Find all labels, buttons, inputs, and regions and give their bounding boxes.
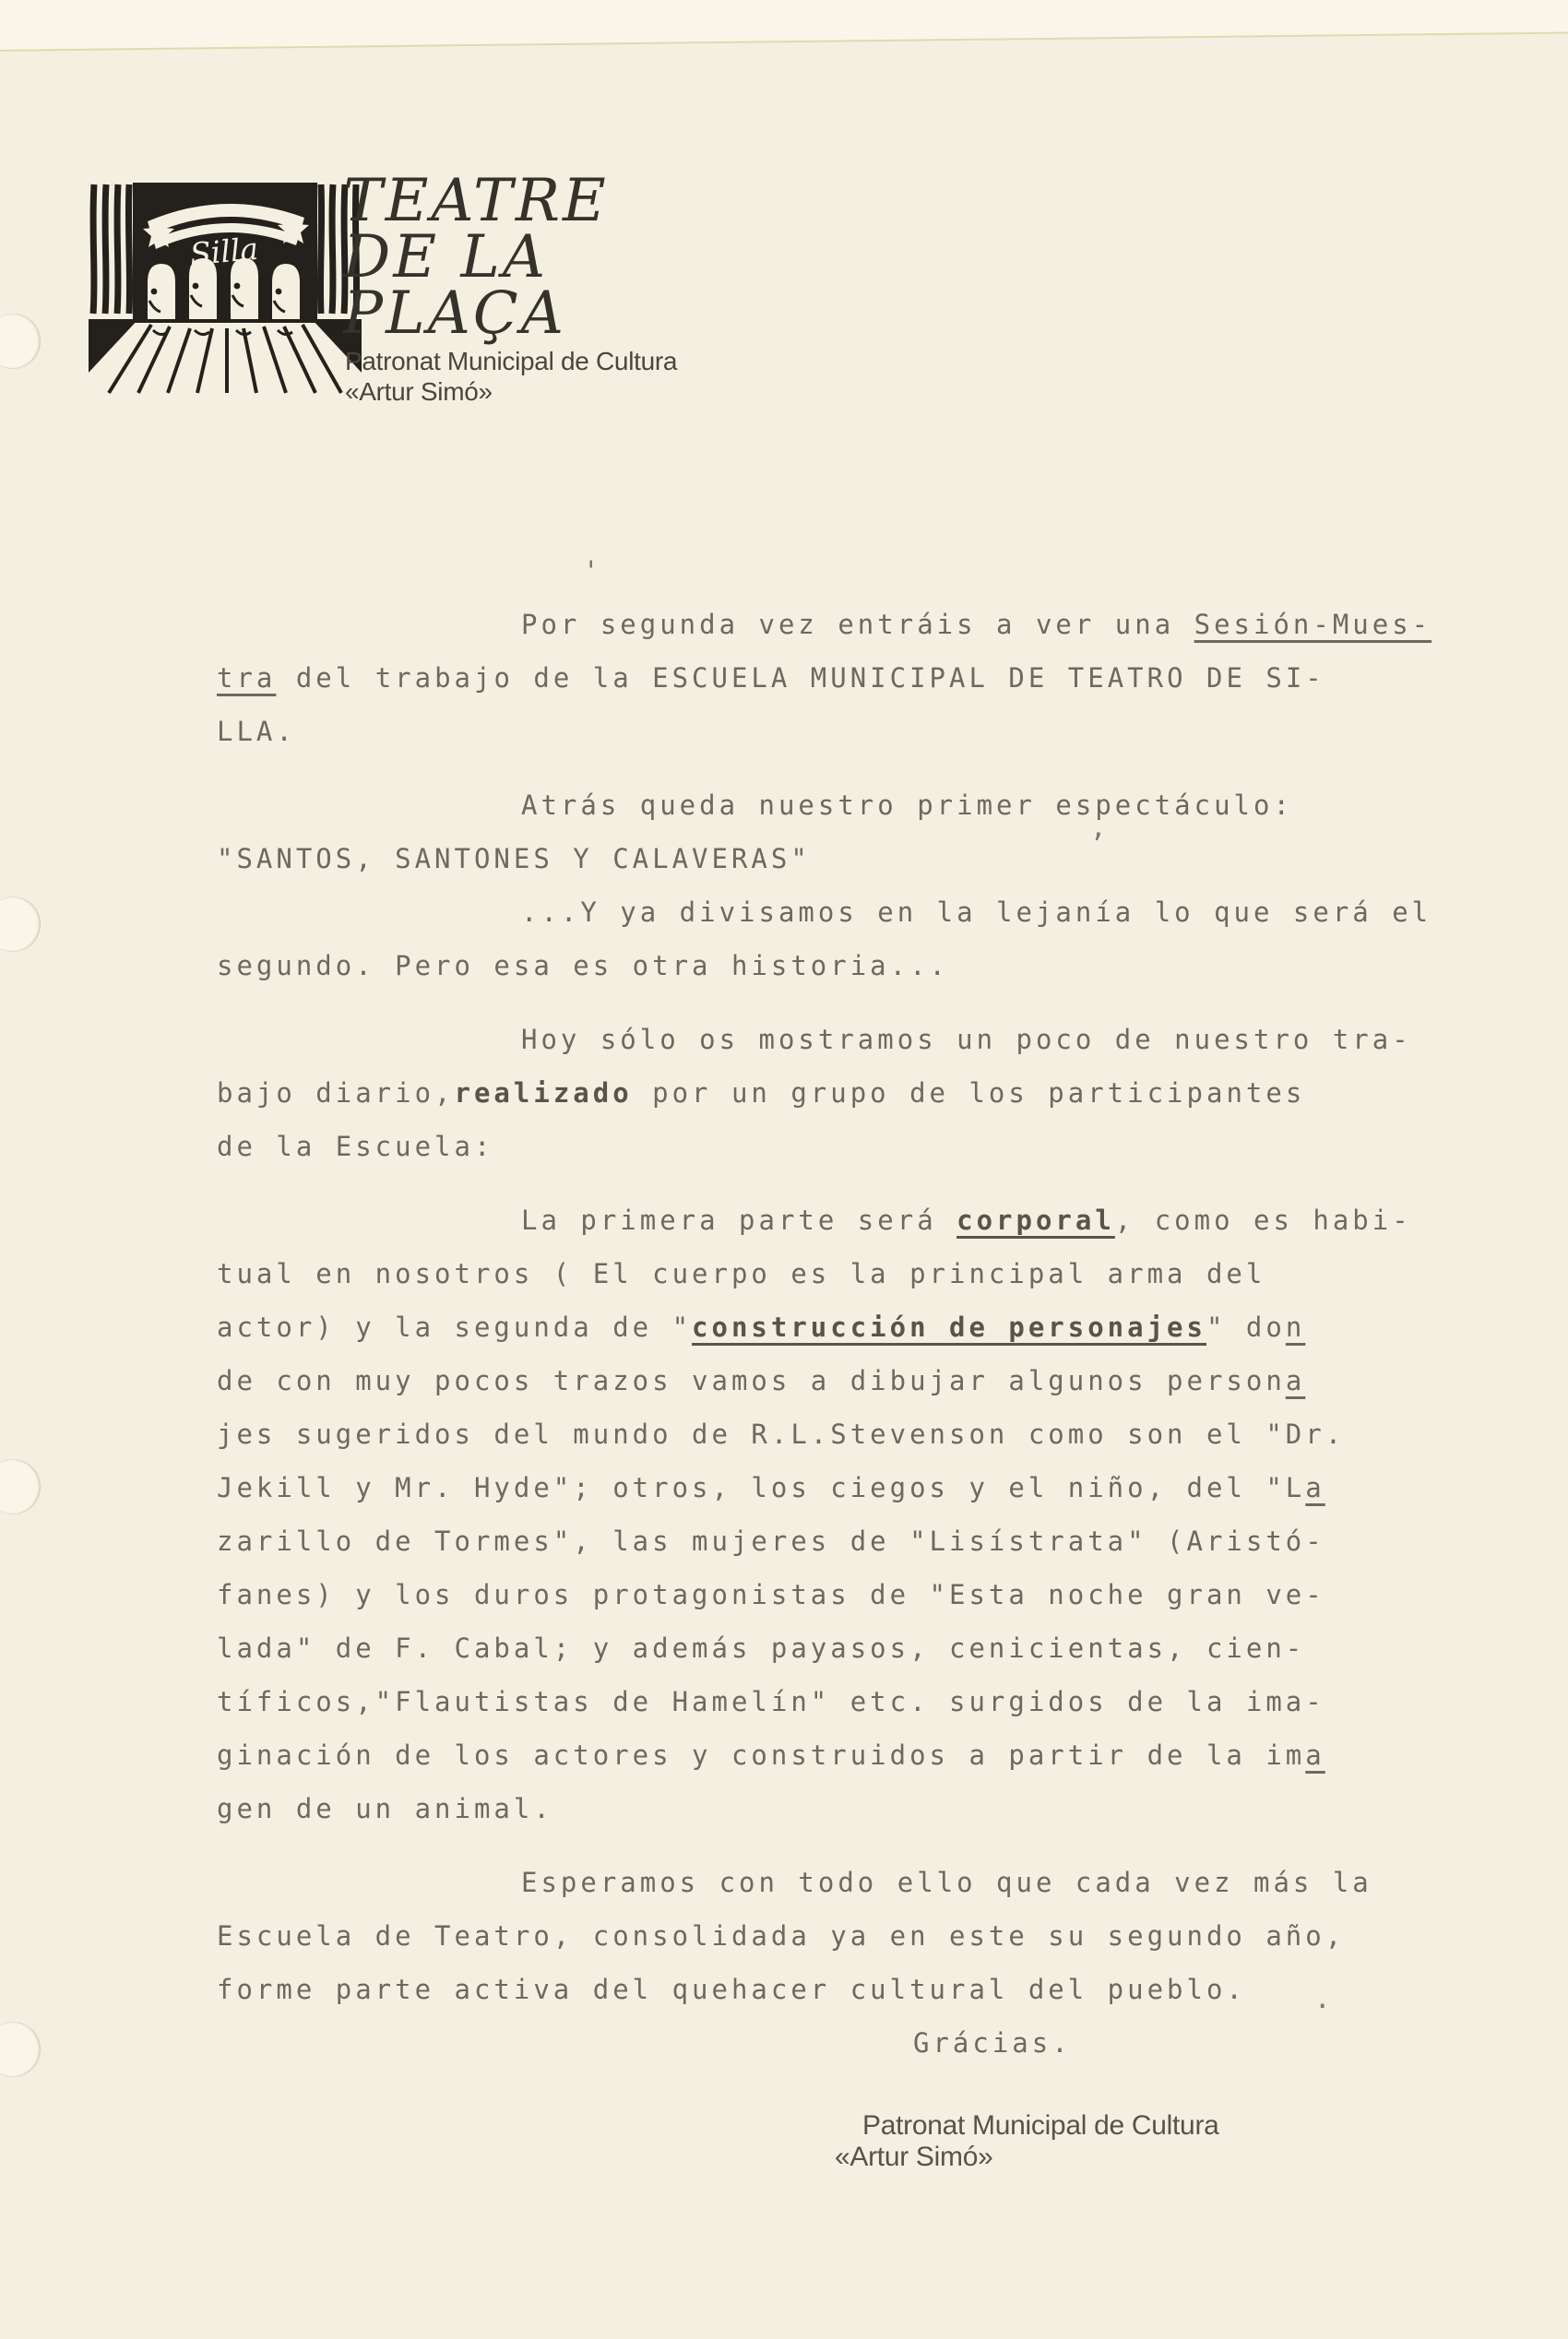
text-segment: por un grupo de los participantes <box>633 1077 1306 1109</box>
underlined-text: a <box>1305 1739 1324 1771</box>
typewritten-line: "SANTOS, SANTONES Y CALAVERAS" <box>217 832 1416 885</box>
text-segment: zarillo de Tormes", las mujeres de "Lisí… <box>217 1526 1325 1557</box>
text-segment: " do <box>1206 1312 1286 1343</box>
typewritten-line: Escuela de Teatro, consolidada ya en est… <box>217 1909 1416 1963</box>
text-segment: , como es habi- <box>1115 1205 1412 1236</box>
title-line: PLAÇA <box>343 286 609 342</box>
typewritten-line: zarillo de Tormes", las mujeres de "Lisí… <box>217 1514 1416 1568</box>
text-segment: gen de un animal. <box>217 1793 553 1824</box>
typewritten-line: jes sugeridos del mundo de R.L.Stevenson… <box>217 1407 1416 1461</box>
punch-hole <box>0 2022 41 2077</box>
theatre-stage-illustration: Silla <box>81 173 369 397</box>
paragraph: Atrás queda nuestro primer espectáculo:"… <box>217 778 1416 992</box>
underlined-text: construcción de personajes <box>692 1312 1206 1343</box>
typewritten-line: bajo diario,realizado por un grupo de lo… <box>217 1066 1416 1120</box>
footer-organization: Patronat Municipal de Cultura <box>862 2110 1219 2142</box>
letterhead-title: TEATRE DE LA PLAÇA <box>343 173 609 342</box>
text-segment: ...Y ya divisamos en la lejanía lo que s… <box>521 896 1431 928</box>
typewritten-line: LLA. <box>217 705 1416 758</box>
typewritten-line: actor) y la segunda de "construcción de … <box>217 1300 1416 1354</box>
text-segment: actor) y la segunda de " <box>217 1312 692 1343</box>
text-segment: tual en nosotros ( El cuerpo es la princ… <box>217 1258 1265 1289</box>
org-subname: «Artur Simó» <box>345 376 677 407</box>
scanned-page: Silla <box>0 0 1568 2339</box>
text-segment: Por segunda vez entráis a ver una <box>521 609 1194 640</box>
underlined-text: tra <box>217 662 276 694</box>
typewritten-line: Esperamos con todo ello que cada vez más… <box>521 1856 1416 1909</box>
title-line: TEATRE <box>343 173 609 230</box>
text-segment: ginación de los actores y construidos a … <box>217 1739 1305 1771</box>
typewritten-line: ginación de los actores y construidos a … <box>217 1728 1416 1782</box>
typewritten-line: segundo. Pero esa es otra historia... <box>217 939 1416 992</box>
underlined-text: corporal <box>956 1205 1115 1236</box>
typewritten-line: de la Escuela: <box>217 1120 1416 1173</box>
text-segment: del trabajo de la ESCUELA MUNICIPAL DE T… <box>276 662 1324 694</box>
punch-hole <box>0 314 41 369</box>
text-segment: lada" de F. Cabal; y además payasos, cen… <box>217 1633 1305 1664</box>
text-segment: "SANTOS, SANTONES Y CALAVERAS" <box>217 843 811 874</box>
text-segment: Atrás queda nuestro primer espectáculo: <box>521 790 1293 821</box>
typewritten-line: Grácias. <box>913 2016 1416 2070</box>
text-segment: de la Escuela: <box>217 1131 493 1162</box>
typewritten-line: de con muy pocos trazos vamos a dibujar … <box>217 1354 1416 1407</box>
punch-hole <box>0 896 41 952</box>
text-segment: Hoy sólo os mostramos un poco de nuestro… <box>521 1024 1412 1055</box>
text-segment: Escuela de Teatro, consolidada ya en est… <box>217 1920 1345 1952</box>
punch-hole <box>0 1459 41 1514</box>
text-segment: de con muy pocos trazos vamos a dibujar … <box>217 1365 1286 1396</box>
underlined-text: n <box>1286 1312 1305 1343</box>
scan-artifact: , <box>1090 812 1106 843</box>
text-segment: tíficos,"Flautistas de Hamelín" etc. sur… <box>217 1686 1325 1717</box>
underlined-text: Sesión-Mues- <box>1194 609 1432 640</box>
paragraph: Hoy sólo os mostramos un poco de nuestro… <box>217 1013 1416 1173</box>
text-segment: fanes) y los duros protagonistas de "Est… <box>217 1579 1325 1610</box>
underlined-text: a <box>1286 1365 1305 1396</box>
text-segment: Grácias. <box>913 2027 1072 2059</box>
scan-artifact: . <box>1314 1983 1330 2014</box>
text-segment: jes sugeridos del mundo de R.L.Stevenson… <box>217 1419 1345 1450</box>
typewritten-line: fanes) y los duros protagonistas de "Est… <box>217 1568 1416 1621</box>
typewritten-line: gen de un animal. <box>217 1782 1416 1835</box>
typewritten-line: Hoy sólo os mostramos un poco de nuestro… <box>521 1013 1416 1066</box>
letter-body: Por segunda vez entráis a ver una Sesión… <box>217 598 1416 2090</box>
typewritten-line: La primera parte será corporal, como es … <box>521 1193 1416 1247</box>
letterhead-organization: Patronat Municipal de Cultura «Artur Sim… <box>345 346 677 407</box>
text-segment: Jekill y Mr. Hyde"; otros, los ciegos y … <box>217 1472 1305 1503</box>
typewritten-line: Por segunda vez entráis a ver una Sesión… <box>521 598 1416 651</box>
title-line: DE LA <box>343 230 609 286</box>
text-segment: La primera parte será <box>521 1205 956 1236</box>
paragraph: La primera parte será corporal, como es … <box>217 1193 1416 1835</box>
scan-sheet-edge <box>0 0 1568 52</box>
typewritten-line: ...Y ya divisamos en la lejanía lo que s… <box>521 885 1416 939</box>
typewritten-line: forme parte activa del quehacer cultural… <box>217 1963 1416 2016</box>
typewritten-line: tual en nosotros ( El cuerpo es la princ… <box>217 1247 1416 1300</box>
text-segment: forme parte activa del quehacer cultural… <box>217 1974 1246 2005</box>
org-name: Patronat Municipal de Cultura <box>345 346 677 376</box>
text-segment: bajo diario, <box>217 1077 455 1109</box>
paragraph: Esperamos con todo ello que cada vez más… <box>217 1856 1416 2070</box>
scan-artifact: ' <box>583 555 599 587</box>
typewritten-line: tra del trabajo de la ESCUELA MUNICIPAL … <box>217 651 1416 705</box>
footer-subname: «Artur Simó» <box>835 2142 992 2173</box>
typewritten-line: lada" de F. Cabal; y además payasos, cen… <box>217 1621 1416 1675</box>
typewritten-line: Jekill y Mr. Hyde"; otros, los ciegos y … <box>217 1461 1416 1514</box>
text-segment: Esperamos con todo ello que cada vez más… <box>521 1867 1372 1898</box>
text-segment: segundo. Pero esa es otra historia... <box>217 950 949 981</box>
typewritten-line: tíficos,"Flautistas de Hamelín" etc. sur… <box>217 1675 1416 1728</box>
text-segment: realizado <box>455 1077 633 1109</box>
underlined-text: a <box>1305 1472 1324 1503</box>
typewritten-line: Atrás queda nuestro primer espectáculo: <box>521 778 1416 832</box>
paragraph: Por segunda vez entráis a ver una Sesión… <box>217 598 1416 758</box>
text-segment: LLA. <box>217 716 296 747</box>
theatre-logo: Silla <box>81 173 369 397</box>
